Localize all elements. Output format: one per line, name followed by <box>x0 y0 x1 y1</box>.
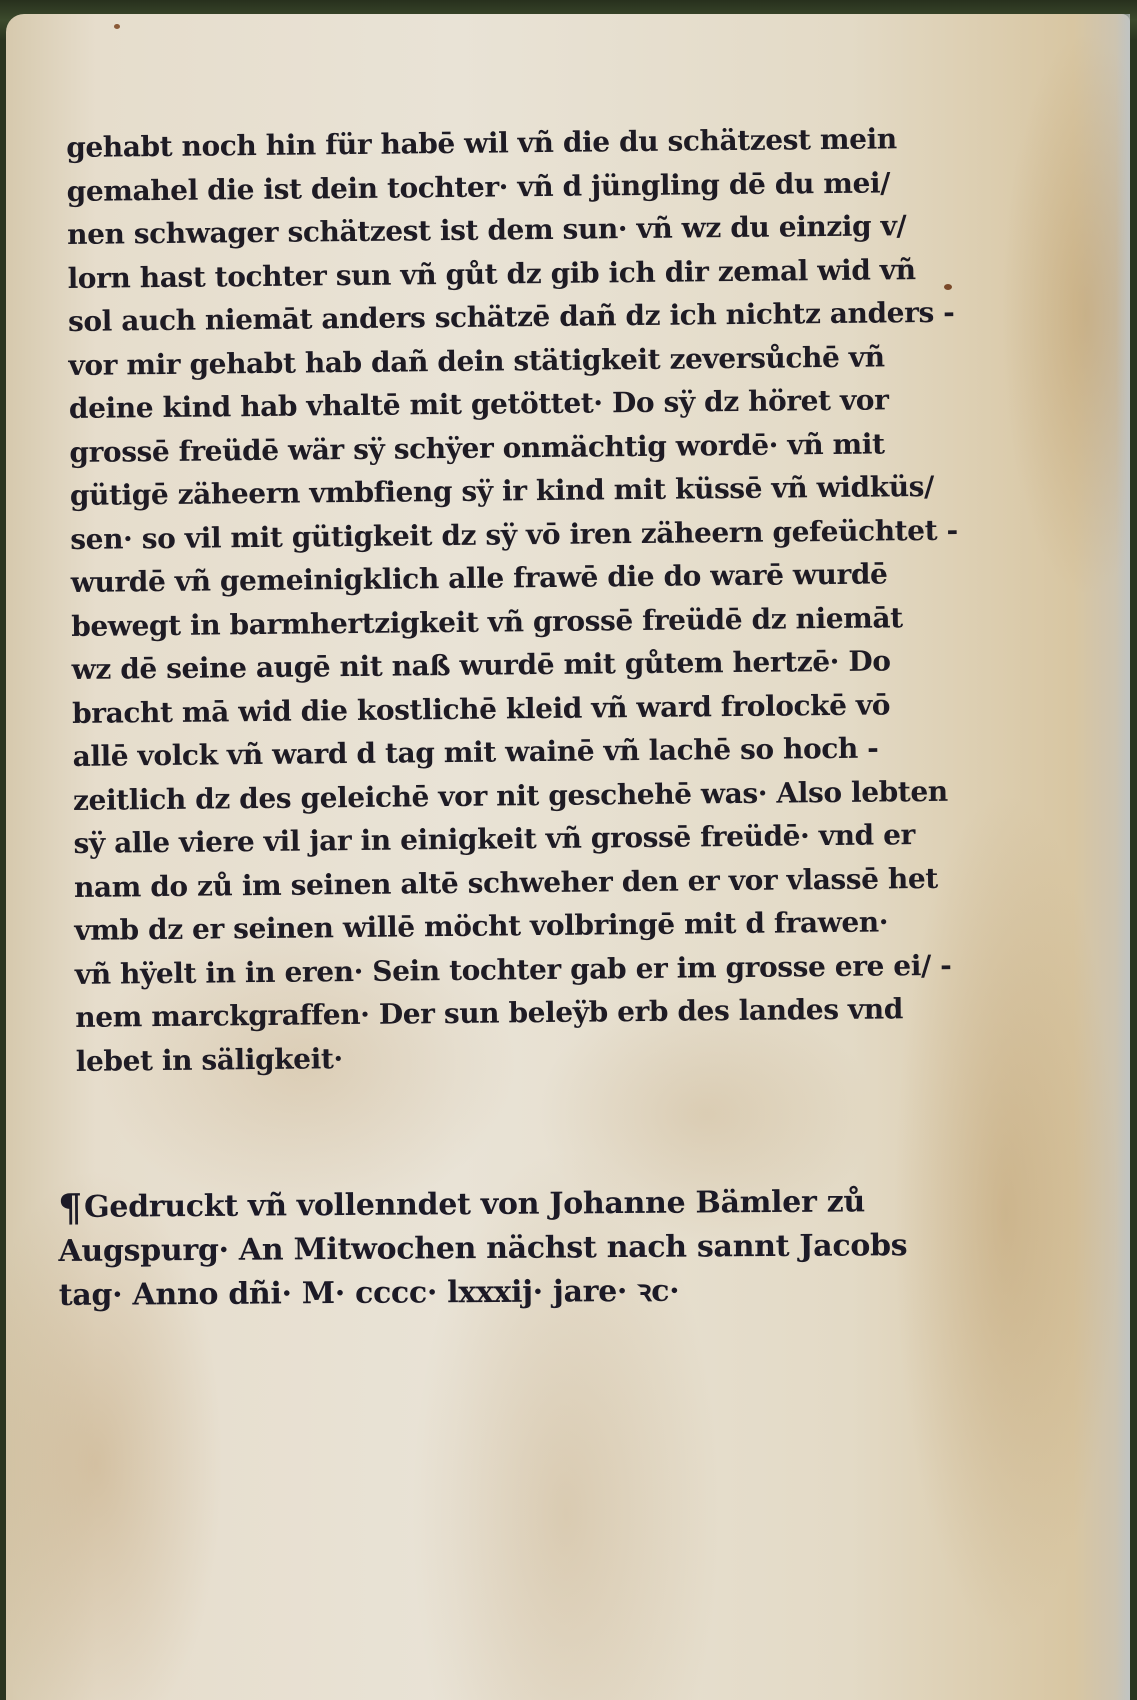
colophon-line: tag· Anno dñi· M· cccc· lxxxij· jare· ꝛc… <box>59 1268 899 1318</box>
book-page: gehabt noch hin für habē wil vñ die du s… <box>6 14 1130 1700</box>
colophon: ¶Gedruckt vñ vollenndet von Johanne Bäml… <box>58 1180 899 1318</box>
text-line: nem marckgraffen· Der sun beleÿb erb des… <box>75 987 905 1039</box>
pilcrow-icon: ¶ <box>58 1185 82 1230</box>
text-line: lebet in säligkeit· <box>76 1031 906 1083</box>
colophon-line: Augspurg· An Mitwochen nächst nach sannt… <box>58 1224 898 1274</box>
paper-stain <box>114 24 120 29</box>
main-text-block: gehabt noch hin für habē wil vñ die du s… <box>66 117 906 1083</box>
colophon-text: Gedruckt vñ vollenndet von Johanne Bämle… <box>84 1184 865 1224</box>
paper-stain <box>944 284 952 290</box>
colophon-line: ¶Gedruckt vñ vollenndet von Johanne Bäml… <box>58 1180 898 1230</box>
